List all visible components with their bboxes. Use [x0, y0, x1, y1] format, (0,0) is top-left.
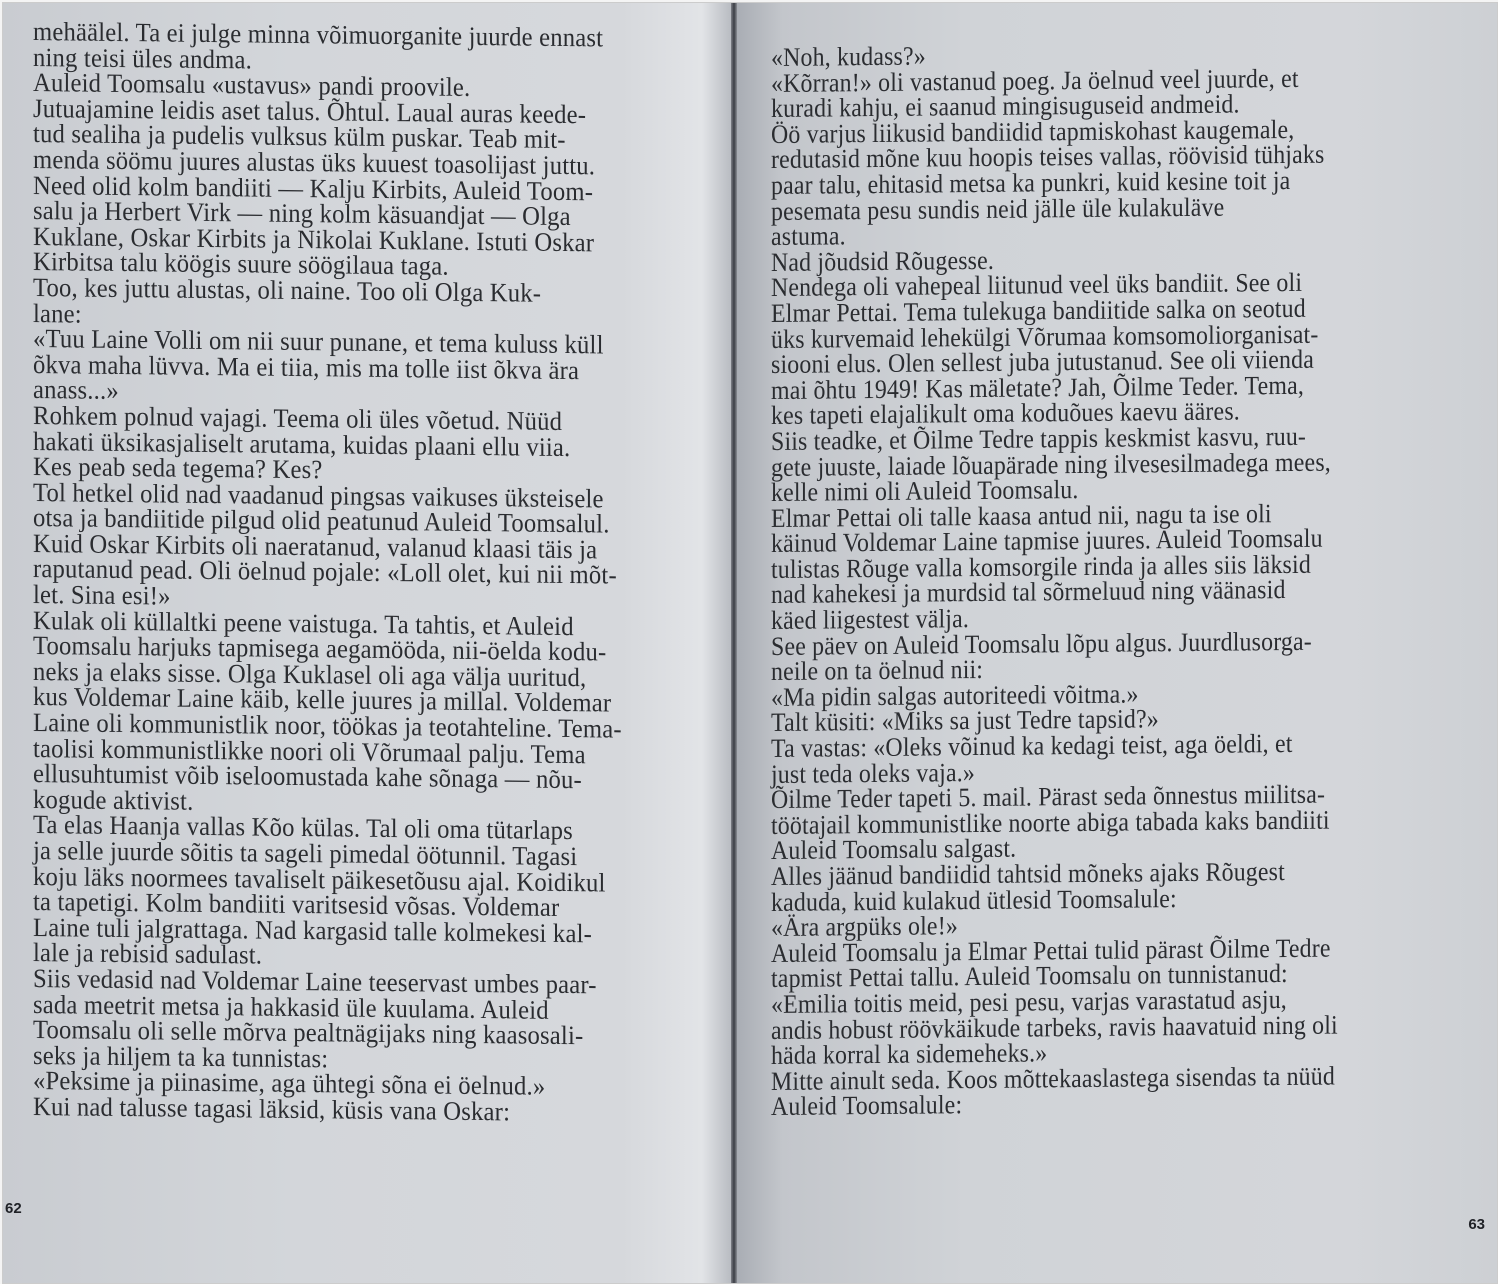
- left-page-text: mehäälel. Ta ei julge minna võimuorganit…: [33, 19, 684, 1127]
- page-number-left: 62: [5, 1200, 22, 1217]
- right-page-text: «Noh, kudass?»«Kõrran!» oli vastanud poe…: [771, 39, 1419, 1120]
- left-page: mehäälel. Ta ei julge minna võimuorganit…: [3, 3, 731, 1283]
- text-line: Auleid Toomsalule:: [771, 1088, 1419, 1120]
- book-spread: mehäälel. Ta ei julge minna võimuorganit…: [2, 2, 1498, 1284]
- right-page: «Noh, kudass?»«Kõrran!» oli vastanud poe…: [737, 3, 1497, 1283]
- page-number-right: 63: [1468, 1216, 1485, 1233]
